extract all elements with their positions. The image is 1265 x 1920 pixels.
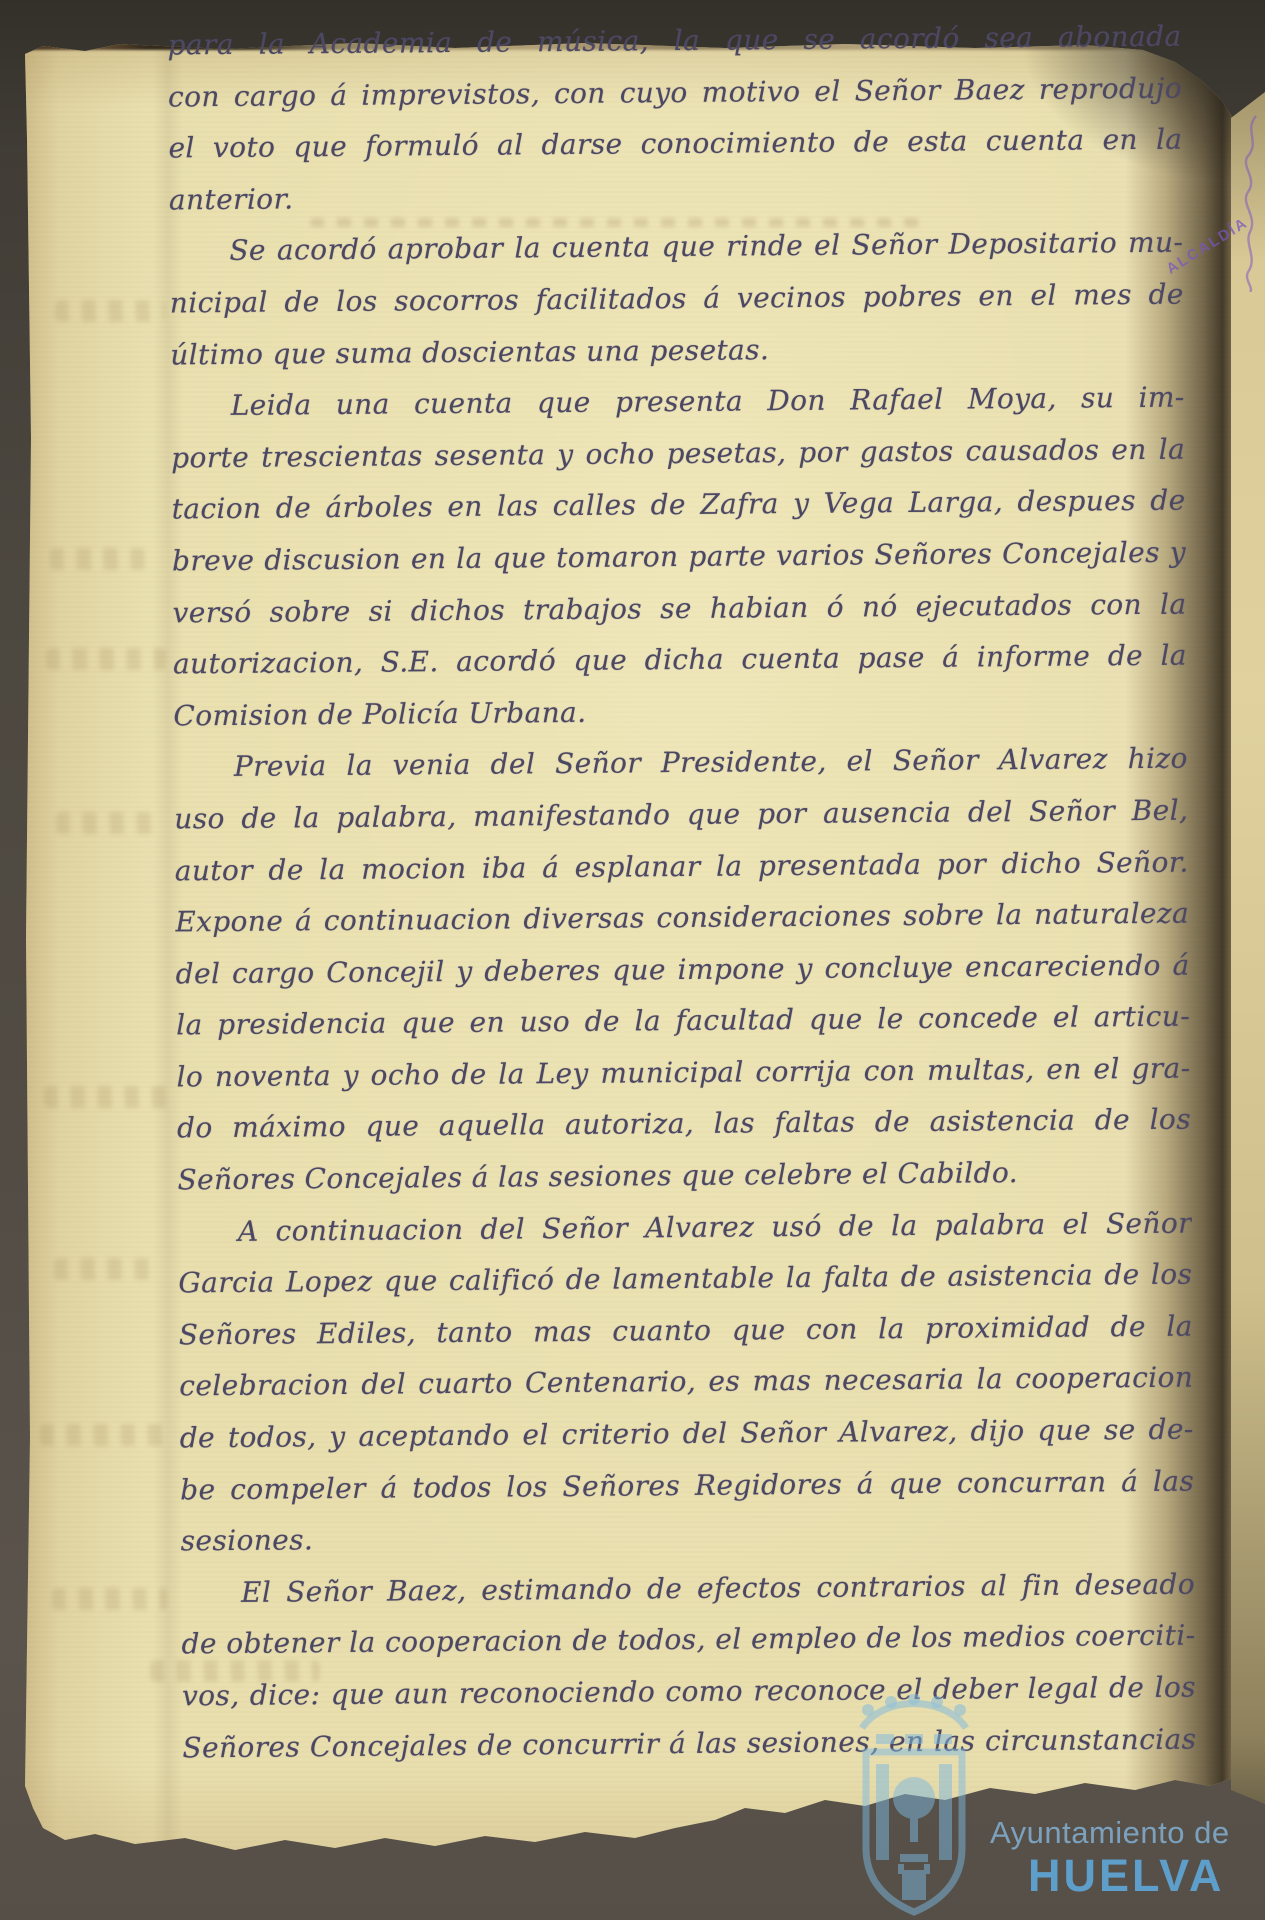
huelva-coat-of-arms-watermark-icon <box>852 1694 976 1920</box>
manuscript-line: de obtener la cooperacion de todos, el e… <box>181 1610 1195 1670</box>
watermark-city-text: HUELVA <box>1028 1850 1224 1902</box>
watermark-org-text: Ayuntamiento de <box>990 1815 1230 1851</box>
show-through-ghost <box>44 1086 169 1108</box>
manuscript-line: Comision de Policía Urbana. <box>173 681 1187 741</box>
manuscript-line: sesiones. <box>180 1507 1194 1567</box>
scanned-manuscript-page: { "document": { "type": "handwritten-min… <box>0 0 1265 1920</box>
manuscript-line: Leida una cuenta que presenta Don Rafael… <box>171 372 1185 432</box>
show-through-ghost <box>52 1588 167 1610</box>
manuscript-line: el voto que formuló al darse conocimient… <box>168 114 1182 174</box>
manuscript-line: para la Academia de música, la que se ac… <box>167 11 1181 71</box>
manuscript-line: Previa la venia del Señor Presidente, el… <box>174 733 1188 793</box>
show-through-ghost <box>55 300 165 322</box>
manuscript-line: del cargo Concejil y deberes que impone … <box>175 939 1189 999</box>
manuscript-line: El Señor Baez, estimando de efectos cont… <box>181 1558 1195 1618</box>
manuscript-line: Garcia Lopez que calificó de lamentable … <box>178 1249 1192 1309</box>
manuscript-line: lo noventa y ocho de la Ley municipal co… <box>176 1042 1190 1102</box>
show-through-ghost <box>56 812 156 834</box>
manuscript-line: uso de la palabra, manifestando que por … <box>174 784 1188 844</box>
stamp-ink-scribble <box>1236 112 1262 292</box>
manuscript-line: Señores Ediles, tanto mas cuanto que con… <box>179 1300 1193 1360</box>
manuscript-line: vos, dice: que aun reconociendo como rec… <box>182 1662 1196 1722</box>
manuscript-line: último que suma doscientas una pesetas. <box>170 320 1184 380</box>
manuscript-line: la presidencia que en uso de la facultad… <box>176 991 1190 1051</box>
show-through-ghost <box>50 548 145 570</box>
manuscript-line: celebracion del cuarto Centenario, es ma… <box>179 1352 1193 1412</box>
manuscript-line: tacion de árboles en las calles de Zafra… <box>171 475 1185 535</box>
manuscript-line: de todos, y aceptando el criterio del Se… <box>180 1404 1194 1464</box>
show-through-ghost <box>54 1258 159 1280</box>
adjacent-page-edge <box>1231 92 1265 1804</box>
manuscript-text: para la Academia de música, la que se ac… <box>167 11 1196 1774</box>
manuscript-line: nicipal de los socorros facilitados á ve… <box>170 269 1184 329</box>
manuscript-line: be compeler á todos los Señores Regidore… <box>180 1455 1194 1515</box>
manuscript-line: porte trescientas sesenta y ocho pesetas… <box>171 423 1185 483</box>
manuscript-line: autor de la mocion iba á esplanar la pre… <box>175 836 1189 896</box>
show-through-ghost <box>46 648 166 670</box>
manuscript-line: Se acordó aprobar la cuenta que rinde el… <box>169 217 1183 277</box>
manuscript-line: autorizacion, S.E. acordó que dicha cuen… <box>173 630 1187 690</box>
manuscript-line: do máximo que aquella autoriza, las falt… <box>177 1094 1191 1154</box>
show-through-ghost <box>40 1424 175 1446</box>
manuscript-line: con cargo á imprevistos, con cuyo motivo… <box>168 62 1182 122</box>
manuscript-line: Señores Concejales á las sesiones que ce… <box>177 1146 1191 1206</box>
manuscript-line: Señores Concejales de concurrir á las se… <box>182 1713 1196 1773</box>
manuscript-line: versó sobre si dichos trabajos se habian… <box>172 578 1186 638</box>
manuscript-line: breve discusion en la que tomaron parte … <box>172 527 1186 587</box>
manuscript-line: Expone á continuacion diversas considera… <box>175 888 1189 948</box>
manuscript-line: anterior. <box>169 165 1183 225</box>
manuscript-line: A continuacion del Señor Alvarez usó de … <box>178 1197 1192 1257</box>
